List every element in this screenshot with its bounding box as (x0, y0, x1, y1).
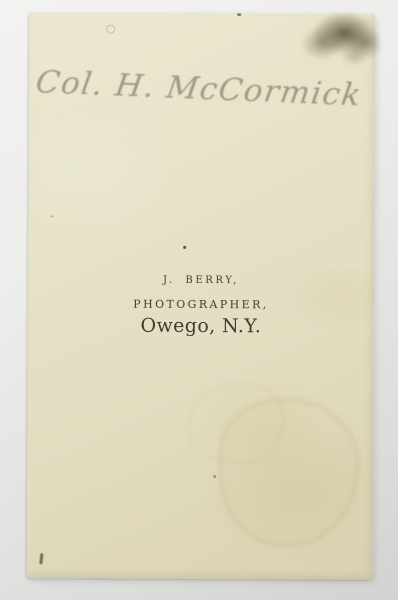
handwritten-inscription: Col. H. McCormick (33, 64, 368, 113)
mark-bottom-left-corner (39, 553, 43, 564)
speck-center (183, 246, 186, 249)
ink-stain-top-right (297, 9, 379, 71)
photographer-imprint: J. BERRY, PHOTOGRAPHER, Owego, N.Y. (28, 274, 374, 337)
speck-left (50, 215, 53, 217)
imprint-photographer-title: PHOTOGRAPHER, (28, 298, 374, 311)
speck-below-ring (213, 475, 216, 478)
water-ring-stain (219, 398, 360, 547)
card-back: Col. H. McCormick J. BERRY, PHOTOGRAPHER… (27, 12, 375, 580)
imprint-photographer-name: J. BERRY, (28, 274, 374, 287)
imprint-studio-location: Owego, N.Y. (28, 316, 374, 337)
speck-top-edge (237, 13, 241, 16)
faint-ring-flaw (106, 25, 115, 34)
photo-backdrop: Col. H. McCormick J. BERRY, PHOTOGRAPHER… (0, 0, 398, 600)
